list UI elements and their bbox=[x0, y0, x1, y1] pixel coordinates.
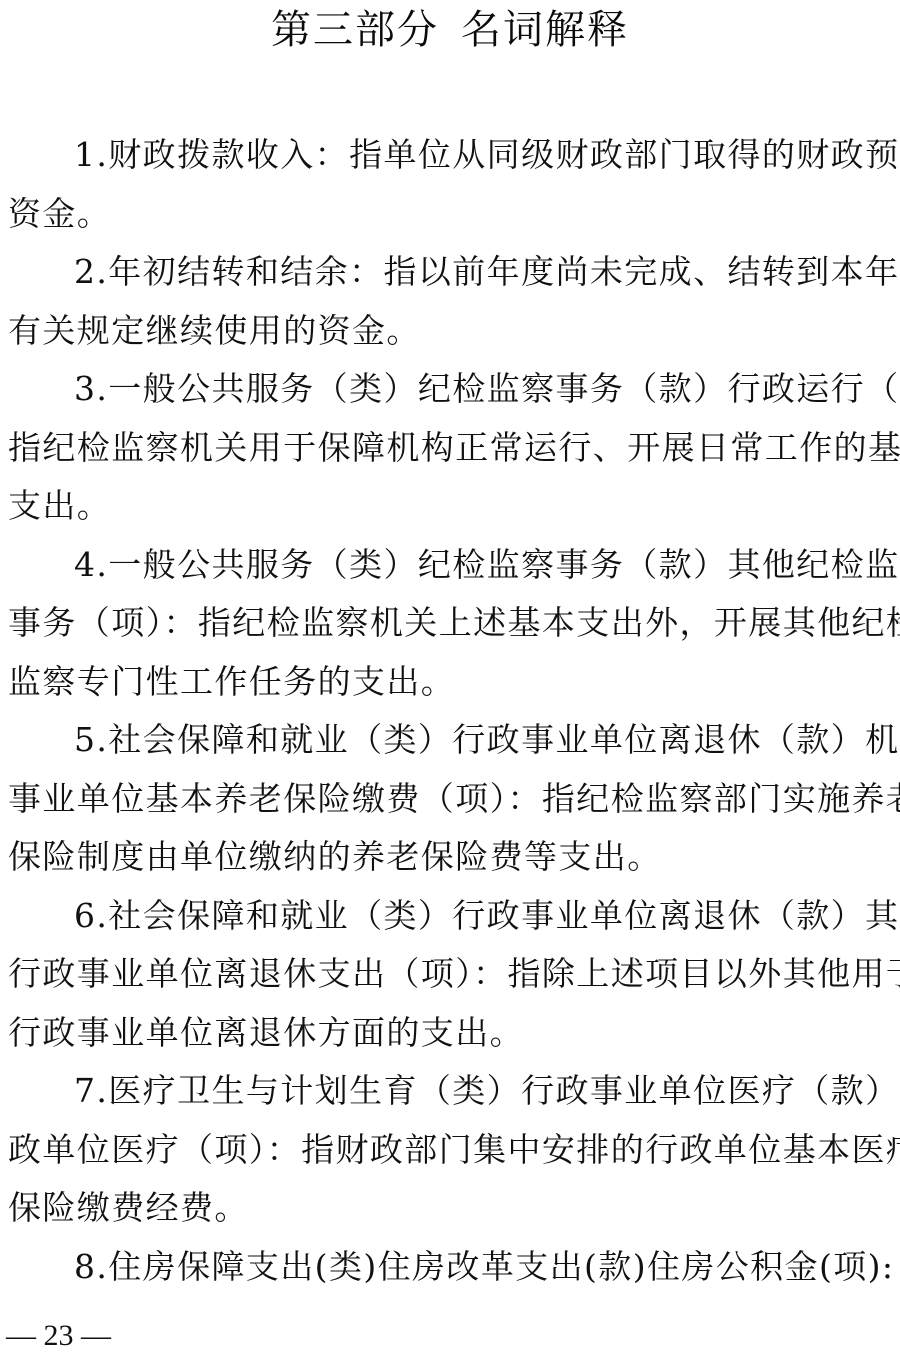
entry-line: 3.一般公共服务（类）纪检监察事务（款）行政运行（项）: bbox=[8, 360, 888, 419]
definition-entry-2: 2.年初结转和结余：指以前年度尚未完成、结转到本年按 有关规定继续使用的资金。 bbox=[8, 243, 888, 360]
definition-entry-1: 1.财政拨款收入：指单位从同级财政部门取得的财政预算 资金。 bbox=[8, 126, 888, 243]
entry-line: 有关规定继续使用的资金。 bbox=[8, 302, 888, 361]
entry-line: 7.医疗卫生与计划生育（类）行政事业单位医疗（款）行 bbox=[8, 1062, 888, 1121]
entry-line: 8.住房保障支出(类)住房改革支出(款)住房公积金(项): bbox=[8, 1238, 888, 1297]
page-title: 第三部分名词解释 bbox=[0, 4, 900, 56]
page-number: — 23 — bbox=[6, 1318, 111, 1354]
entry-line: 1.财政拨款收入：指单位从同级财政部门取得的财政预算 bbox=[8, 126, 888, 185]
definition-entry-4: 4.一般公共服务（类）纪检监察事务（款）其他纪检监察 事务（项）：指纪检监察机关… bbox=[8, 536, 888, 712]
title-part: 第三部分 bbox=[271, 7, 439, 53]
definition-entry-6: 6.社会保障和就业（类）行政事业单位离退休（款）其他 行政事业单位离退休支出（项… bbox=[8, 887, 888, 1063]
entry-line: 政单位医疗（项）：指财政部门集中安排的行政单位基本医疗 bbox=[8, 1121, 888, 1180]
definition-entry-8: 8.住房保障支出(类)住房改革支出(款)住房公积金(项): bbox=[8, 1238, 888, 1297]
title-name: 名词解释 bbox=[461, 7, 629, 53]
entry-line: 行政事业单位离退休方面的支出。 bbox=[8, 1004, 888, 1063]
definition-entry-5: 5.社会保障和就业（类）行政事业单位离退休（款）机关 事业单位基本养老保险缴费（… bbox=[8, 711, 888, 887]
entry-line: 监察专门性工作任务的支出。 bbox=[8, 653, 888, 712]
definition-entry-3: 3.一般公共服务（类）纪检监察事务（款）行政运行（项）: 指纪检监察机关用于保障… bbox=[8, 360, 888, 536]
definition-entry-7: 7.医疗卫生与计划生育（类）行政事业单位医疗（款）行 政单位医疗（项）：指财政部… bbox=[8, 1062, 888, 1238]
entry-line: 保险缴费经费。 bbox=[8, 1179, 888, 1238]
entry-line: 4.一般公共服务（类）纪检监察事务（款）其他纪检监察 bbox=[8, 536, 888, 595]
entry-line: 事业单位基本养老保险缴费（项）：指纪检监察部门实施养老 bbox=[8, 770, 888, 829]
entry-line: 6.社会保障和就业（类）行政事业单位离退休（款）其他 bbox=[8, 887, 888, 946]
entry-line: 5.社会保障和就业（类）行政事业单位离退休（款）机关 bbox=[8, 711, 888, 770]
entry-line: 事务（项）：指纪检监察机关上述基本支出外，开展其他纪检 bbox=[8, 594, 888, 653]
definitions-body: 1.财政拨款收入：指单位从同级财政部门取得的财政预算 资金。 2.年初结转和结余… bbox=[8, 126, 888, 1296]
entry-line: 2.年初结转和结余：指以前年度尚未完成、结转到本年按 bbox=[8, 243, 888, 302]
entry-line: 行政事业单位离退休支出（项）：指除上述项目以外其他用于 bbox=[8, 945, 888, 1004]
entry-line: 指纪检监察机关用于保障机构正常运行、开展日常工作的基本 bbox=[8, 419, 888, 478]
entry-line: 保险制度由单位缴纳的养老保险费等支出。 bbox=[8, 828, 888, 887]
entry-line: 支出。 bbox=[8, 477, 888, 536]
entry-line: 资金。 bbox=[8, 185, 888, 244]
